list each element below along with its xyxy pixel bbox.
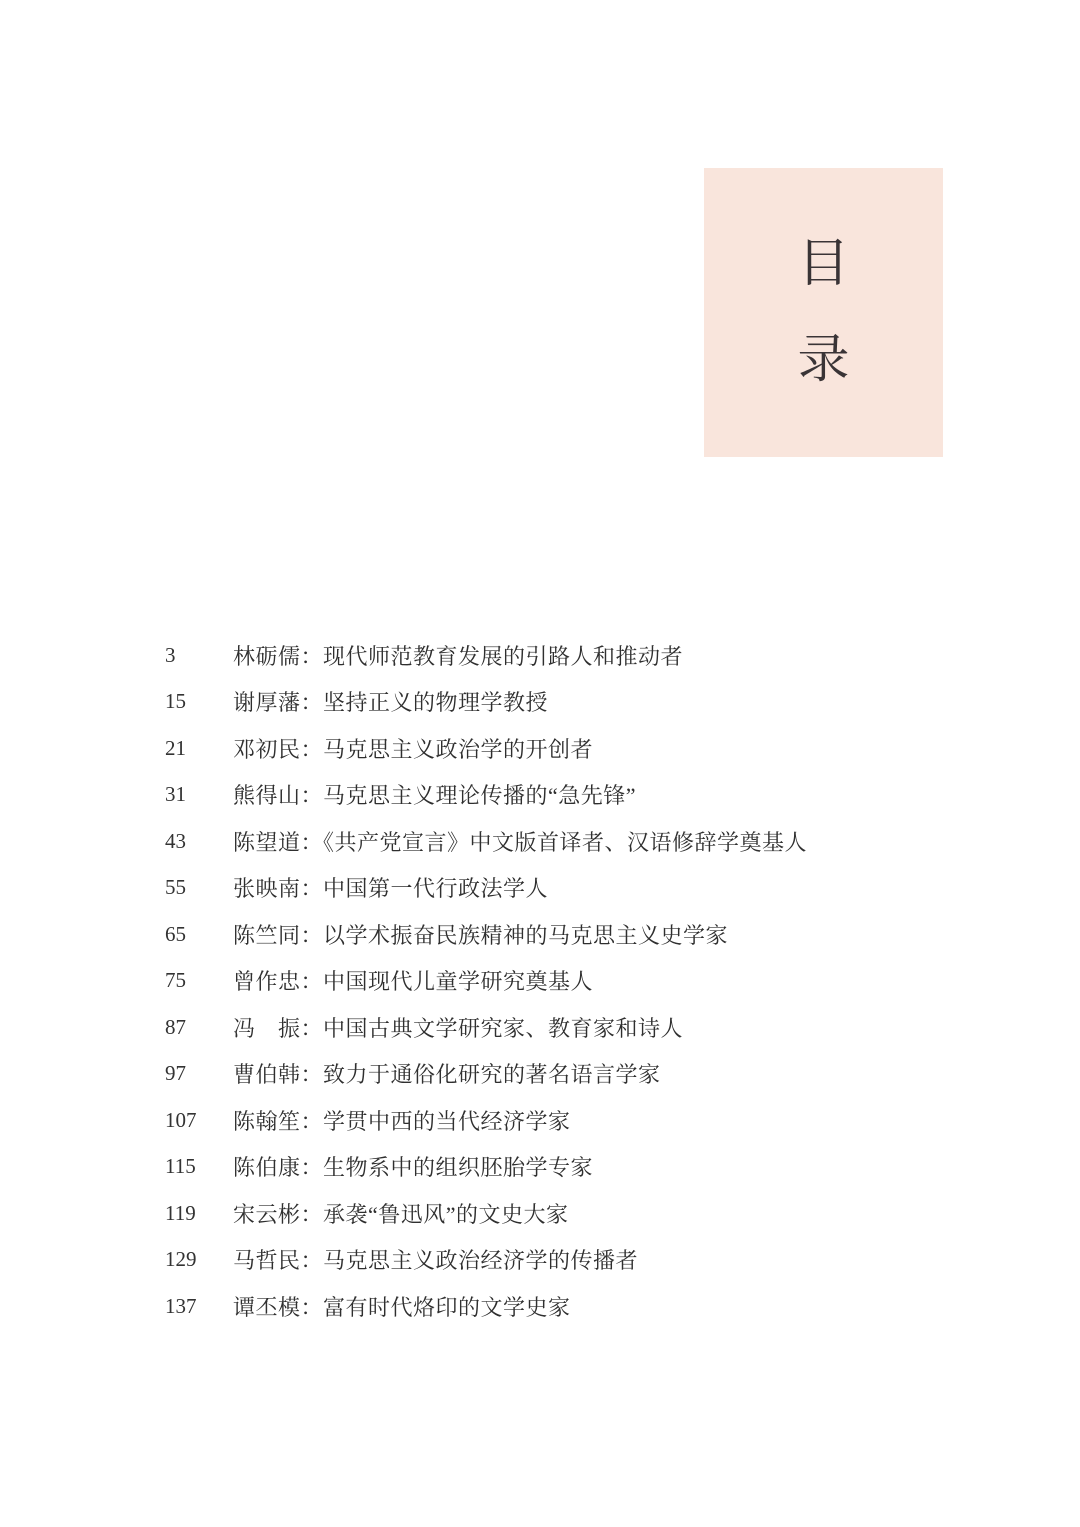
toc-entry: 115 陈伯康：生物系中的组织胚胎学专家 xyxy=(165,1144,1040,1191)
toc-entry-page-number: 137 xyxy=(165,1294,233,1319)
toc-entry-page-number: 65 xyxy=(165,922,233,947)
toc-entry-title: 谭丕模：富有时代烙印的文学史家 xyxy=(233,1291,571,1322)
toc-entry-title: 陈翰笙：学贯中西的当代经济学家 xyxy=(233,1105,571,1136)
toc-entry-page-number: 119 xyxy=(165,1201,233,1226)
toc-entry: 65 陈竺同：以学术振奋民族精神的马克思主义史学家 xyxy=(165,911,1040,958)
toc-entry: 87 冯 振：中国古典文学研究家、教育家和诗人 xyxy=(165,1004,1040,1051)
toc-entry: 31 熊得山：马克思主义理论传播的“急先锋” xyxy=(165,772,1040,819)
toc-entry: 21 邓初民：马克思主义政治学的开创者 xyxy=(165,725,1040,772)
toc-entry-title: 陈伯康：生物系中的组织胚胎学专家 xyxy=(233,1151,593,1182)
toc-entry-title: 林砺儒：现代师范教育发展的引路人和推动者 xyxy=(233,640,683,671)
toc-title-char-top: 目 xyxy=(797,239,849,291)
toc-entry-page-number: 55 xyxy=(165,875,233,900)
toc-entry-title: 曾作忠：中国现代儿童学研究奠基人 xyxy=(233,965,593,996)
toc-entry: 97 曹伯韩：致力于通俗化研究的著名语言学家 xyxy=(165,1051,1040,1098)
toc-entry: 43 陈望道：《共产党宣言》中文版首译者、汉语修辞学奠基人 xyxy=(165,818,1040,865)
toc-entry: 129 马哲民：马克思主义政治经济学的传播者 xyxy=(165,1237,1040,1284)
toc-entry: 55 张映南：中国第一代行政法学人 xyxy=(165,865,1040,912)
toc-entry: 107 陈翰笙：学贯中西的当代经济学家 xyxy=(165,1097,1040,1144)
toc-entry-title: 谢厚藩：坚持正义的物理学教授 xyxy=(233,686,548,717)
toc-entry: 75 曾作忠：中国现代儿童学研究奠基人 xyxy=(165,958,1040,1005)
toc-entry-page-number: 97 xyxy=(165,1061,233,1086)
toc-entry: 119 宋云彬：承袭“鲁迅风”的文史大家 xyxy=(165,1190,1040,1237)
toc-entry-page-number: 15 xyxy=(165,689,233,714)
toc-entry-page-number: 75 xyxy=(165,968,233,993)
toc-entry-title: 张映南：中国第一代行政法学人 xyxy=(233,872,548,903)
toc-entry: 3 林砺儒：现代师范教育发展的引路人和推动者 xyxy=(165,632,1040,679)
toc-entry-page-number: 87 xyxy=(165,1015,233,1040)
toc-entry-title: 马哲民：马克思主义政治经济学的传播者 xyxy=(233,1244,638,1275)
toc-entry-title: 曹伯韩：致力于通俗化研究的著名语言学家 xyxy=(233,1058,661,1089)
toc-entry-title: 宋云彬：承袭“鲁迅风”的文史大家 xyxy=(233,1198,569,1229)
toc-entry-title: 熊得山：马克思主义理论传播的“急先锋” xyxy=(233,779,636,810)
document-page: 目 录 3 林砺儒：现代师范教育发展的引路人和推动者 15 谢厚藩：坚持正义的物… xyxy=(0,0,1080,1527)
toc-entry-page-number: 129 xyxy=(165,1247,233,1272)
toc-entry-title: 邓初民：马克思主义政治学的开创者 xyxy=(233,733,593,764)
toc-entry: 137 谭丕模：富有时代烙印的文学史家 xyxy=(165,1283,1040,1330)
toc-list: 3 林砺儒：现代师范教育发展的引路人和推动者 15 谢厚藩：坚持正义的物理学教授… xyxy=(165,632,1040,1330)
toc-entry-page-number: 115 xyxy=(165,1154,233,1179)
toc-entry-page-number: 107 xyxy=(165,1108,233,1133)
toc-entry-title: 陈望道：《共产党宣言》中文版首译者、汉语修辞学奠基人 xyxy=(233,826,807,857)
toc-entry: 15 谢厚藩：坚持正义的物理学教授 xyxy=(165,679,1040,726)
toc-title-char-bottom: 录 xyxy=(797,335,849,387)
toc-title-box: 目 录 xyxy=(704,168,943,457)
toc-entry-page-number: 31 xyxy=(165,782,233,807)
toc-entry-title: 陈竺同：以学术振奋民族精神的马克思主义史学家 xyxy=(233,919,728,950)
toc-entry-title: 冯 振：中国古典文学研究家、教育家和诗人 xyxy=(233,1012,683,1043)
toc-entry-page-number: 21 xyxy=(165,736,233,761)
toc-entry-page-number: 3 xyxy=(165,643,233,668)
toc-entry-page-number: 43 xyxy=(165,829,233,854)
